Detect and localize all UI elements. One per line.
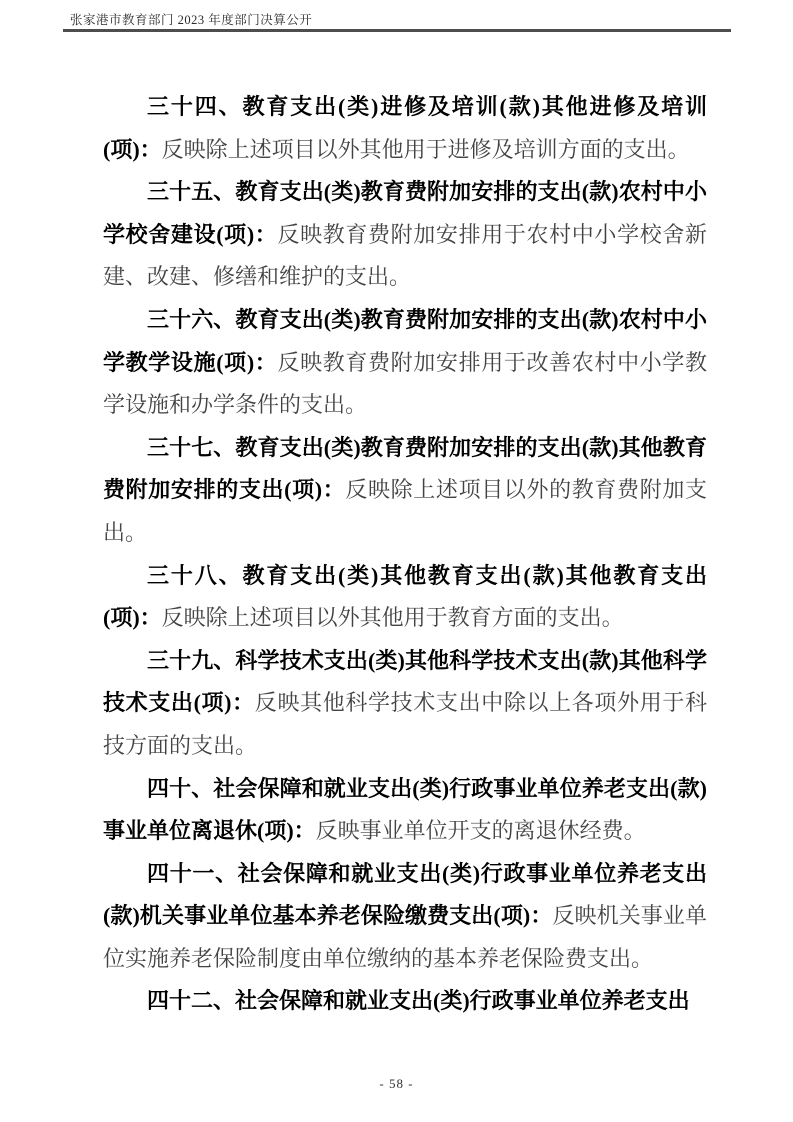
paragraph-lead: 四十二、社会保障和就业支出(类)行政事业单位养老支出 bbox=[147, 988, 690, 1013]
paragraph: 三十九、科学技术支出(类)其他科学技术支出(款)其他科学技术支出(项)：反映其他… bbox=[103, 640, 707, 768]
paragraph: 三十四、教育支出(类)进修及培训(款)其他进修及培训(项)：反映除上述项目以外其… bbox=[103, 86, 707, 171]
paragraph-text: 反映除上述项目以外其他用于教育方面的支出。 bbox=[162, 605, 624, 630]
paragraph: 四十一、社会保障和就业支出(类)行政事业单位养老支出(款)机关事业单位基本养老保… bbox=[103, 853, 707, 981]
paragraph-text: 反映除上述项目以外其他用于进修及培训方面的支出。 bbox=[162, 137, 690, 162]
paragraph: 四十二、社会保障和就业支出(类)行政事业单位养老支出 bbox=[103, 980, 707, 1023]
paragraph: 三十六、教育支出(类)教育费附加安排的支出(款)农村中小学教学设施(项)：反映教… bbox=[103, 299, 707, 427]
document-body: 三十四、教育支出(类)进修及培训(款)其他进修及培训(项)：反映除上述项目以外其… bbox=[103, 86, 707, 1026]
paragraph: 四十、社会保障和就业支出(类)行政事业单位养老支出(款)事业单位离退休(项)：反… bbox=[103, 768, 707, 853]
page-number: - 58 - bbox=[0, 1076, 793, 1092]
document-page: 张家港市教育部门 2023 年度部门决算公开 三十四、教育支出(类)进修及培训(… bbox=[0, 0, 793, 1122]
paragraph: 三十八、教育支出(类)其他教育支出(款)其他教育支出(项)：反映除上述项目以外其… bbox=[103, 555, 707, 640]
paragraph: 三十五、教育支出(类)教育费附加安排的支出(款)农村中小学校舍建设(项)：反映教… bbox=[103, 171, 707, 299]
header-rule bbox=[63, 29, 731, 32]
paragraph-text: 反映事业单位开支的离退休经费。 bbox=[316, 818, 646, 843]
paragraph: 三十七、教育支出(类)教育费附加安排的支出(款)其他教育费附加安排的支出(项)：… bbox=[103, 427, 707, 555]
page-header-title: 张家港市教育部门 2023 年度部门决算公开 bbox=[70, 10, 312, 28]
